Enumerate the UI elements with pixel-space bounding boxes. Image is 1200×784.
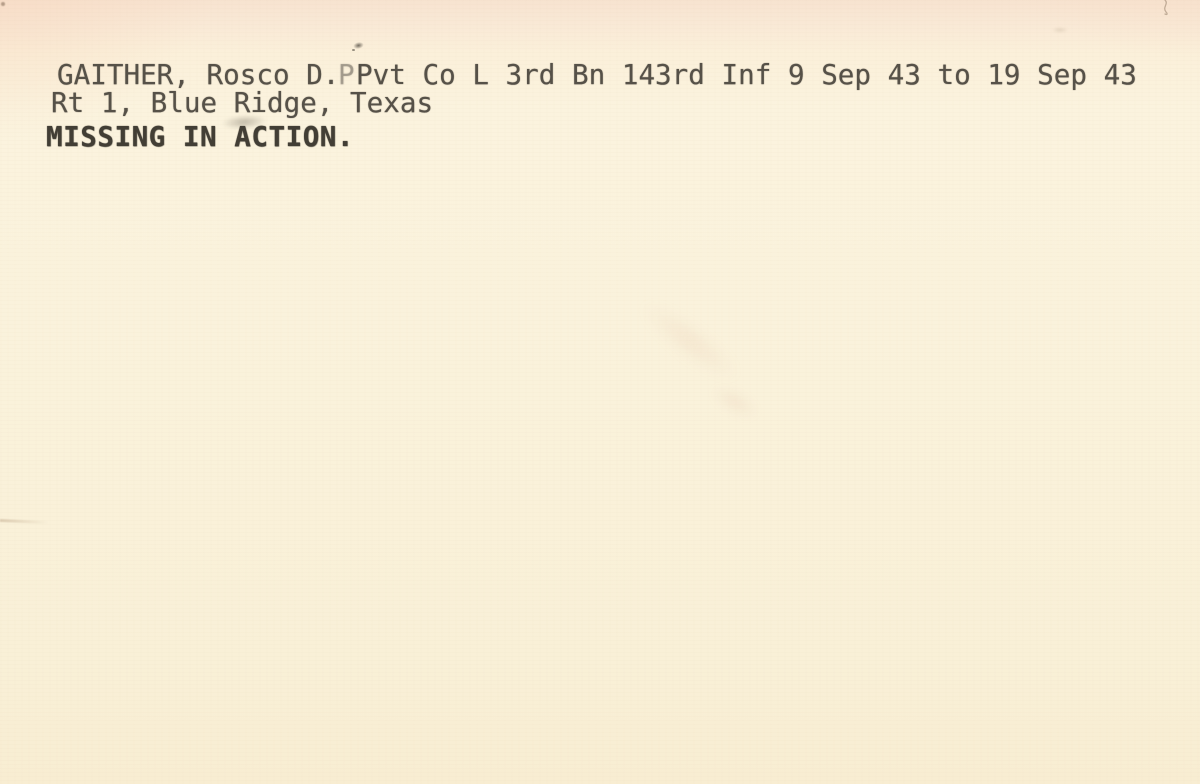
paper-crease <box>0 519 48 524</box>
scanned-index-card: P GAITHER, Rosco D. Pvt Co L 3rd Bn 143r… <box>0 0 1200 784</box>
pencil-mark <box>1152 0 1192 20</box>
ink-speck <box>352 41 364 50</box>
stamped-line-status: MISSING IN ACTION. <box>46 123 354 151</box>
paper-stain-small <box>696 370 774 434</box>
paper-stain <box>613 274 767 409</box>
ink-speck-corner <box>1 2 5 6</box>
ink-dot <box>352 49 355 51</box>
typed-line-address: Rt 1, Blue Ridge, Texas <box>51 89 433 117</box>
typed-line-name-unit-dates: GAITHER, Rosco D. Pvt Co L 3rd Bn 143rd … <box>57 61 1137 89</box>
faint-smudge <box>1052 27 1068 33</box>
